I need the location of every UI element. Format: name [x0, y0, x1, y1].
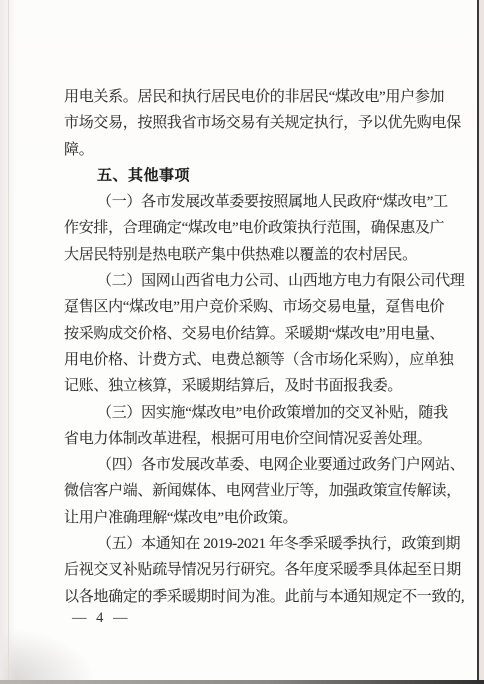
text-line: 作安排，合理确定“煤改电”电价政策执行范围，确保惠及广 — [64, 215, 466, 241]
scan-edge-right-strip — [479, 0, 484, 684]
text-line: 趸售区内“煤改电”用户竞价采购、市场交易电量，趸售电价 — [64, 294, 466, 320]
text-line: 后视交叉补贴疏导情况另行研究。各年度采暖季具体起至日期 — [64, 557, 466, 583]
text-line: 省电力体制改革进程，根据可用电价空间情况妥善处理。 — [64, 426, 466, 452]
scan-edge-bottom-line — [0, 680, 484, 684]
scanned-document-page: 用电关系。居民和执行居民电价的非居民“煤改电”用户参加 市场交易，按照我省市场交… — [0, 0, 484, 684]
text-line: 记账、独立核算，采暖期结算后，及时书面报我委。 — [64, 373, 466, 399]
text-line: 用电价格、计费方式、电费总额等（含市场化采购），应单独 — [64, 347, 466, 373]
text-line: 大居民特别是热电联产集中供热难以覆盖的农村居民。 — [64, 242, 466, 268]
text-line: 微信客户端、新闻媒体、电网营业厅等，加强政策宣传解读， — [64, 478, 466, 504]
scan-edge-left-line — [8, 0, 9, 684]
text-line: 让用户准确理解“煤改电”电价政策。 — [64, 505, 466, 531]
scan-edge-right-line — [477, 0, 479, 684]
text-line-item-1: （一）各市发展改革委要按照属地人民政府“煤改电”工 — [64, 189, 466, 215]
document-body: 用电关系。居民和执行居民电价的非居民“煤改电”用户参加 市场交易，按照我省市场交… — [64, 84, 466, 610]
text-line-item-3: （三）因实施“煤改电”电价政策增加的交叉补贴，随我 — [64, 400, 466, 426]
text-line: 市场交易，按照我省市场交易有关规定执行，予以优先购电保 — [64, 110, 466, 136]
text-line-item-4: （四）各市发展改革委、电网企业要通过政务门户网站、 — [64, 452, 466, 478]
page-number: — 4 — — [72, 610, 131, 627]
section-5-heading: 五、其他事项 — [64, 163, 466, 189]
text-line: 用电关系。居民和执行居民电价的非居民“煤改电”用户参加 — [64, 84, 466, 110]
text-line: 以各地确定的季采暖期时间为准。此前与本通知规定不一致的, — [64, 584, 466, 610]
text-line-item-2: （二）国网山西省电力公司、山西地方电力有限公司代理 — [64, 268, 466, 294]
text-line-item-5: （五）本通知在 2019-2021 年冬季采暖季执行，政策到期 — [64, 531, 466, 557]
text-line: 障。 — [64, 137, 466, 163]
text-line: 按采购成交价格、交易电价结算。采暖期“煤改电”用电量、 — [64, 321, 466, 347]
